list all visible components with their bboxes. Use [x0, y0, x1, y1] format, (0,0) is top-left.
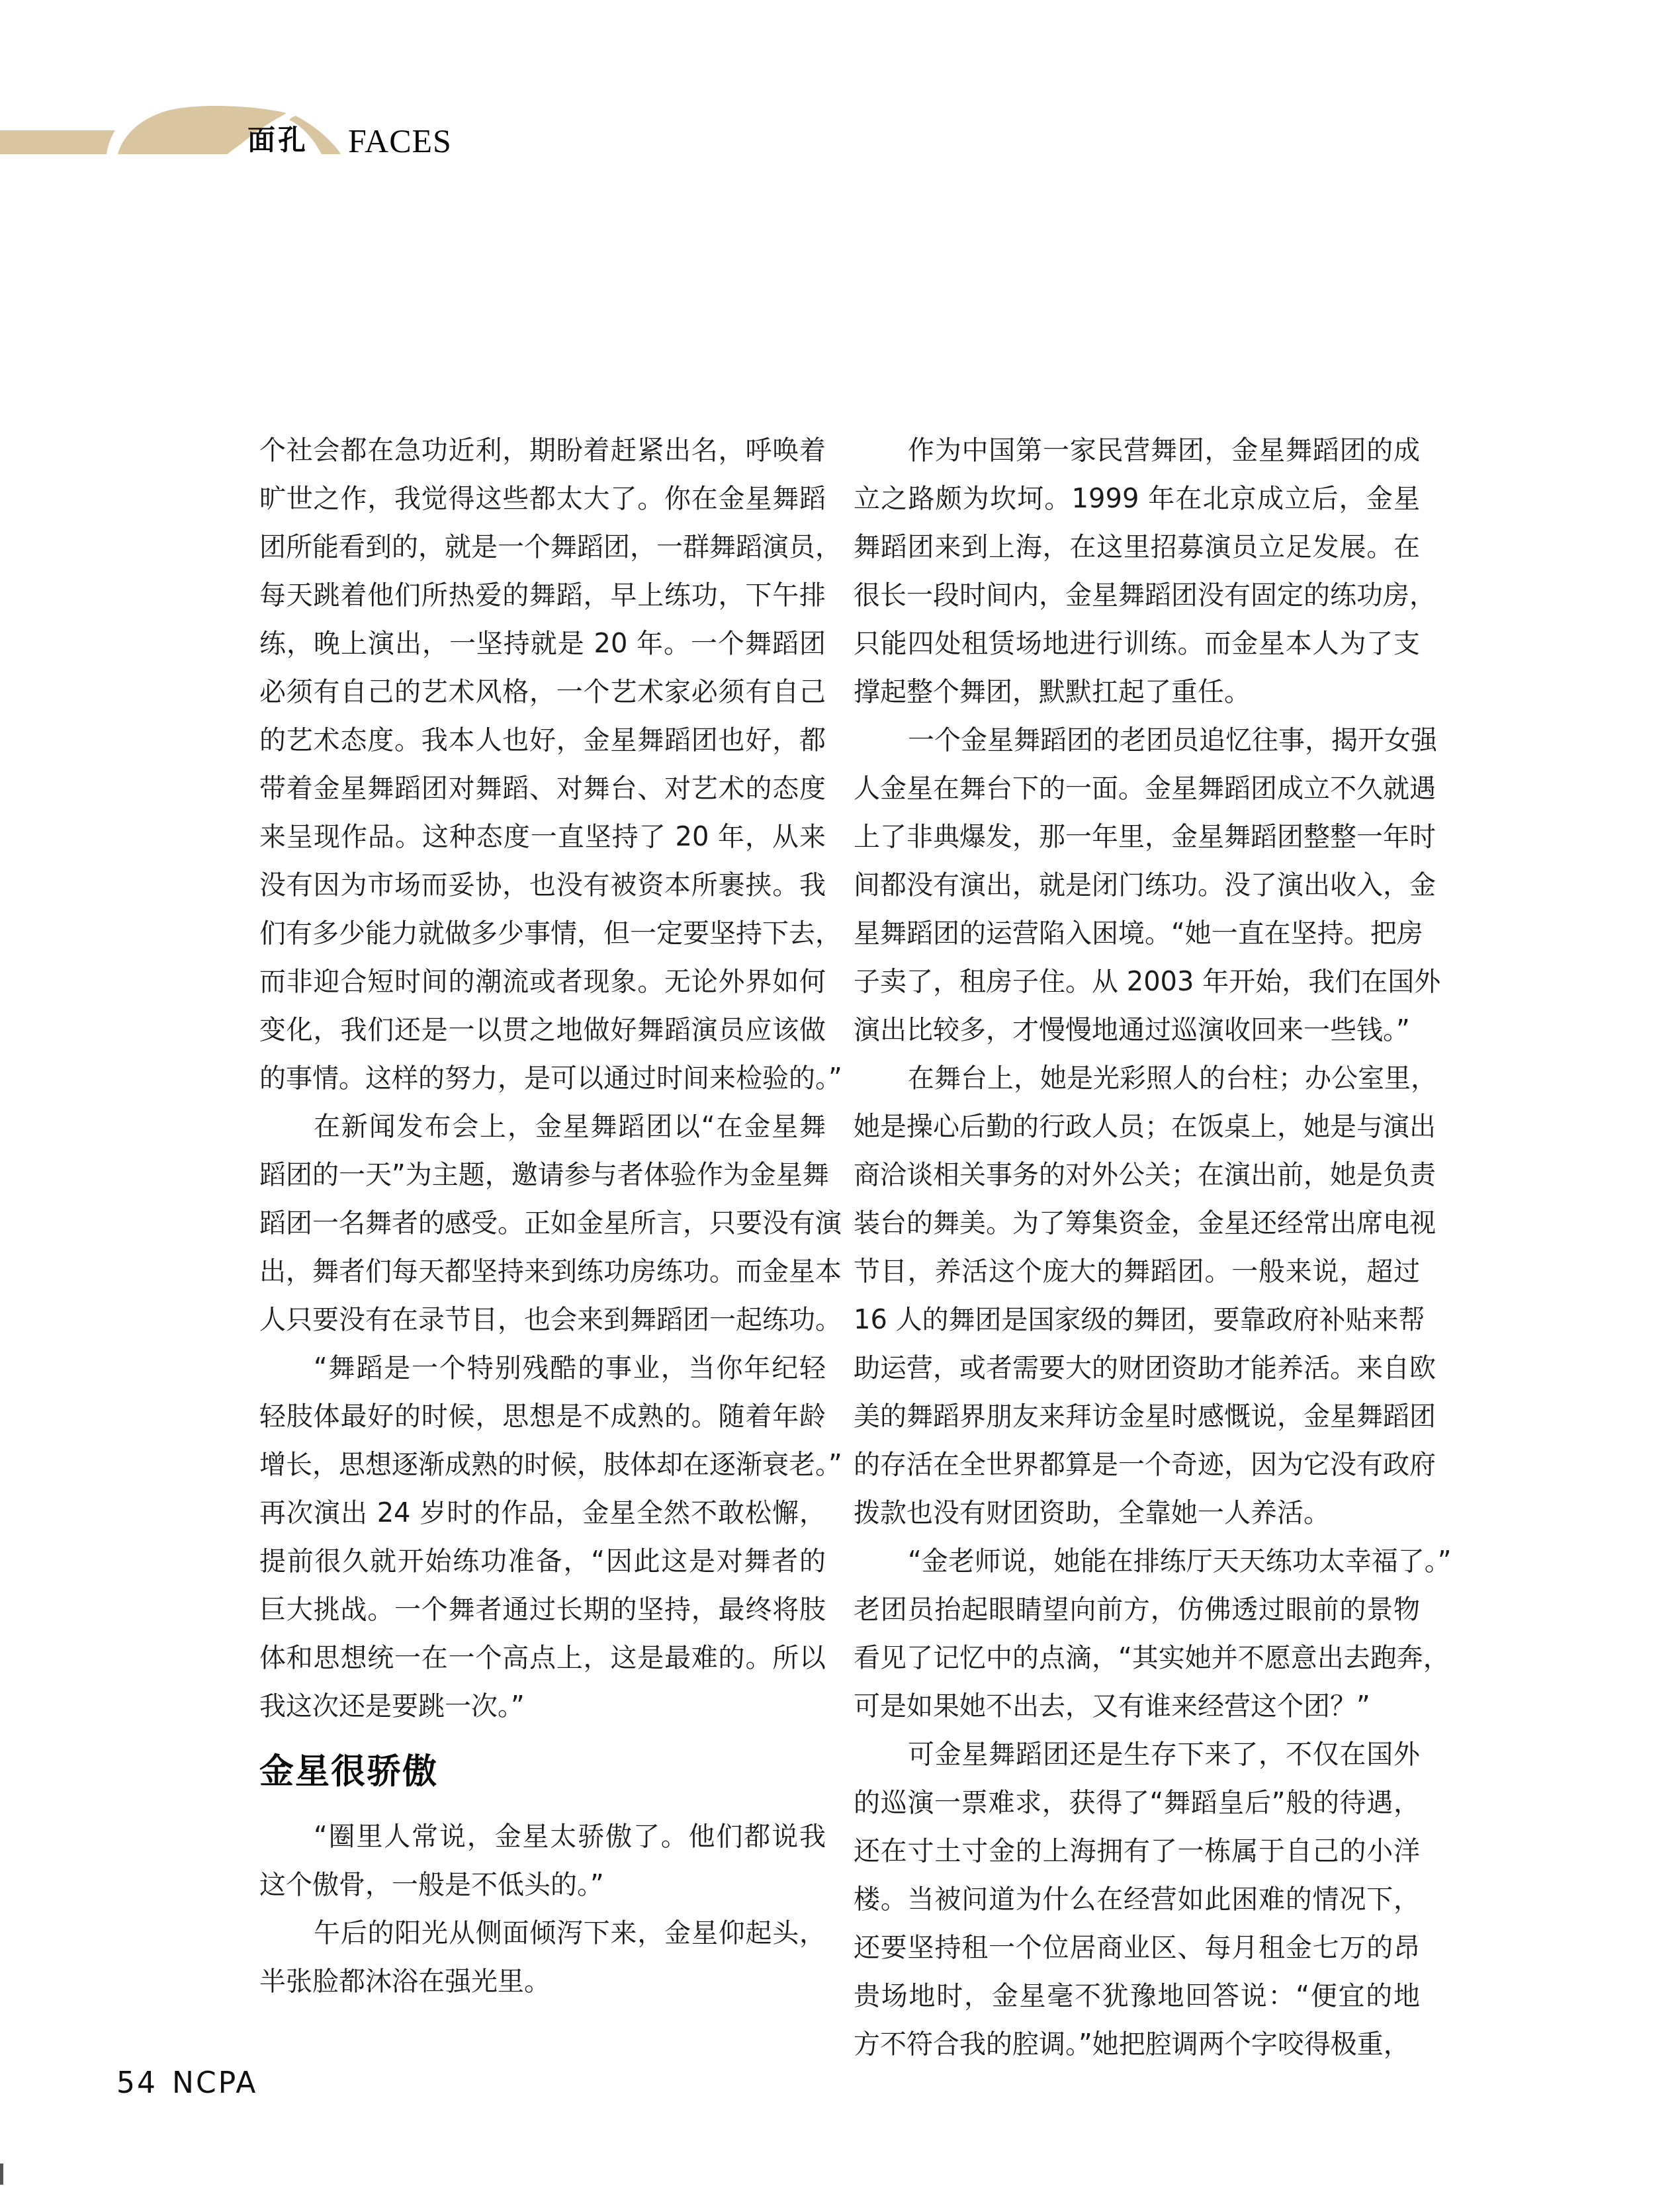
text-line: 增长，思想逐渐成熟的时候，肢体却在逐渐衰老。”: [259, 1441, 826, 1489]
text-line: 团所能看到的，就是一个舞蹈团，一群舞蹈演员，: [259, 523, 826, 572]
text-line: 商洽谈相关事务的对外公关；在演出前，她是负责: [854, 1151, 1420, 1200]
text-line: 助运营，或者需要大的财团资助才能养活。来自欧: [854, 1344, 1420, 1393]
right-column: 作为中国第一家民营舞团，金星舞蹈团的成立之路颇为坎坷。1999 年在北京成立后，…: [854, 427, 1420, 2069]
section-title-en: FACES: [348, 125, 452, 157]
text-line: 没有因为市场而妥协，也没有被资本所裹挟。我: [259, 861, 826, 910]
text-line: 上了非典爆发，那一年里，金星舞蹈团整整一年时: [854, 813, 1420, 861]
magazine-page: 面孔 FACES 个社会都在急功近利，期盼着赶紧出名，呼唤着旷世之作，我觉得这些…: [0, 0, 1680, 2188]
text-line: 楼。当被问道为什么在经营如此困难的情况下，: [854, 1876, 1420, 1924]
faces-swoosh-graphic: [0, 0, 1680, 198]
text-line: 体和思想统一在一个高点上，这是最难的。所以: [259, 1634, 826, 1683]
magazine-code: NCPA: [172, 2066, 257, 2100]
text-line: 子卖了，租房子住。从 2003 年开始，我们在国外: [854, 958, 1420, 1006]
text-line: 的事情。这样的努力，是可以通过时间来检验的。”: [259, 1055, 826, 1103]
text-line: 她是操心后勤的行政人员；在饭桌上，她是与演出: [854, 1103, 1420, 1151]
text-line: 带着金星舞蹈团对舞蹈、对舞台、对艺术的态度: [259, 765, 826, 813]
text-line: 再次演出 24 岁时的作品，金星全然不敢松懈，: [259, 1489, 826, 1538]
text-line: 提前很久就开始练功准备，“因此这是对舞者的: [259, 1538, 826, 1586]
text-line: “舞蹈是一个特别残酷的事业，当你年纪轻: [259, 1344, 826, 1393]
text-line: 在舞台上，她是光彩照人的台柱；办公室里，: [854, 1055, 1420, 1103]
text-line: 午后的阳光从侧面倾泻下来，金星仰起头，: [259, 1909, 826, 1958]
text-line: 变化，我们还是一以贯之地做好舞蹈演员应该做: [259, 1006, 826, 1055]
text-line: 们有多少能力就做多少事情，但一定要坚持下去，: [259, 910, 826, 958]
text-line: 间都没有演出，就是闭门练功。没了演出收入，金: [854, 861, 1420, 910]
text-line: 个社会都在急功近利，期盼着赶紧出名，呼唤着: [259, 427, 826, 475]
text-line: 可是如果她不出去，又有谁来经营这个团？”: [854, 1683, 1420, 1731]
text-line: 还在寸土寸金的上海拥有了一栋属于自己的小洋: [854, 1827, 1420, 1876]
text-line: 旷世之作，我觉得这些都太大了。你在金星舞蹈: [259, 475, 826, 523]
text-line: 节目，养活这个庞大的舞蹈团。一般来说，超过: [854, 1248, 1420, 1296]
text-line: 的巡演一票难求，获得了“舞蹈皇后”般的待遇，: [854, 1779, 1420, 1827]
text-line: 16 人的舞团是国家级的舞团，要靠政府补贴来帮: [854, 1296, 1420, 1344]
text-line: 演出比较多，才慢慢地通过巡演收回来一些钱。”: [854, 1006, 1420, 1055]
text-line: 撑起整个舞团，默默扛起了重任。: [854, 668, 1420, 717]
text-line: 一个金星舞蹈团的老团员追忆往事，揭开女强: [854, 717, 1420, 765]
text-line: 半张脸都沐浴在强光里。: [259, 1958, 826, 2006]
text-line: 的艺术态度。我本人也好，金星舞蹈团也好，都: [259, 717, 826, 765]
text-line: 的存活在全世界都算是一个奇迹，因为它没有政府: [854, 1441, 1420, 1489]
text-line: 人只要没有在录节目，也会来到舞蹈团一起练功。: [259, 1296, 826, 1344]
text-line: “圈里人常说，金星太骄傲了。他们都说我: [259, 1813, 826, 1861]
section-heading: 金星很骄傲: [259, 1753, 826, 1790]
text-line: 轻肢体最好的时候，思想是不成熟的。随着年龄: [259, 1393, 826, 1441]
text-line: 星舞蹈团的运营陷入困境。“她一直在坚持。把房: [854, 910, 1420, 958]
scan-artifact: [0, 2164, 3, 2185]
text-line: 立之路颇为坎坷。1999 年在北京成立后，金星: [854, 475, 1420, 523]
section-title-zh: 面孔: [247, 124, 308, 156]
text-line: 而非迎合短时间的潮流或者现象。无论外界如何: [259, 958, 826, 1006]
text-line: 在新闻发布会上，金星舞蹈团以“在金星舞: [259, 1103, 826, 1151]
text-line: 每天跳着他们所热爱的舞蹈，早上练功，下午排: [259, 572, 826, 620]
text-line: 很长一段时间内，金星舞蹈团没有固定的练功房，: [854, 572, 1420, 620]
page-number: 54: [116, 2066, 157, 2100]
text-line: 只能四处租赁场地进行训练。而金星本人为了支: [854, 620, 1420, 668]
text-line: 看见了记忆中的点滴，“其实她并不愿意出去跑奔，: [854, 1634, 1420, 1683]
text-line: 方不符合我的腔调。”她把腔调两个字咬得极重，: [854, 2021, 1420, 2069]
text-line: 蹈团一名舞者的感受。正如金星所言，只要没有演: [259, 1200, 826, 1248]
text-line: 拨款也没有财团资助，全靠她一人养活。: [854, 1489, 1420, 1538]
text-line: 来呈现作品。这种态度一直坚持了 20 年，从来: [259, 813, 826, 861]
page-footer: 54NCPA: [116, 2068, 257, 2099]
text-line: 必须有自己的艺术风格，一个艺术家必须有自己: [259, 668, 826, 717]
text-line: 我这次还是要跳一次。”: [259, 1683, 826, 1731]
swoosh-bar: [0, 130, 115, 154]
text-line: 巨大挑战。一个舞者通过长期的坚持，最终将肢: [259, 1586, 826, 1634]
text-line: 美的舞蹈界朋友来拜访金星时感慨说，金星舞蹈团: [854, 1393, 1420, 1441]
text-line: 蹈团的一天”为主题，邀请参与者体验作为金星舞: [259, 1151, 826, 1200]
text-line: 人金星在舞台下的一面。金星舞蹈团成立不久就遇: [854, 765, 1420, 813]
text-line: 作为中国第一家民营舞团，金星舞蹈团的成: [854, 427, 1420, 475]
text-line: 还要坚持租一个位居商业区、每月租金七万的昂: [854, 1924, 1420, 1972]
left-column: 个社会都在急功近利，期盼着赶紧出名，呼唤着旷世之作，我觉得这些都太大了。你在金星…: [259, 427, 826, 2006]
text-line: 装台的舞美。为了筹集资金，金星还经常出席电视: [854, 1200, 1420, 1248]
text-line: 贵场地时，金星毫不犹豫地回答说：“便宜的地: [854, 1972, 1420, 2021]
text-line: 出，舞者们每天都坚持来到练功房练功。而金星本: [259, 1248, 826, 1296]
text-line: “金老师说，她能在排练厅天天练功太幸福了。”: [854, 1538, 1420, 1586]
text-line: 老团员抬起眼睛望向前方，仿佛透过眼前的景物: [854, 1586, 1420, 1634]
text-line: 舞蹈团来到上海，在这里招募演员立足发展。在: [854, 523, 1420, 572]
text-line: 练，晚上演出，一坚持就是 20 年。一个舞蹈团: [259, 620, 826, 668]
text-line: 这个傲骨，一般是不低头的。”: [259, 1861, 826, 1909]
text-line: 可金星舞蹈团还是生存下来了，不仅在国外: [854, 1731, 1420, 1779]
